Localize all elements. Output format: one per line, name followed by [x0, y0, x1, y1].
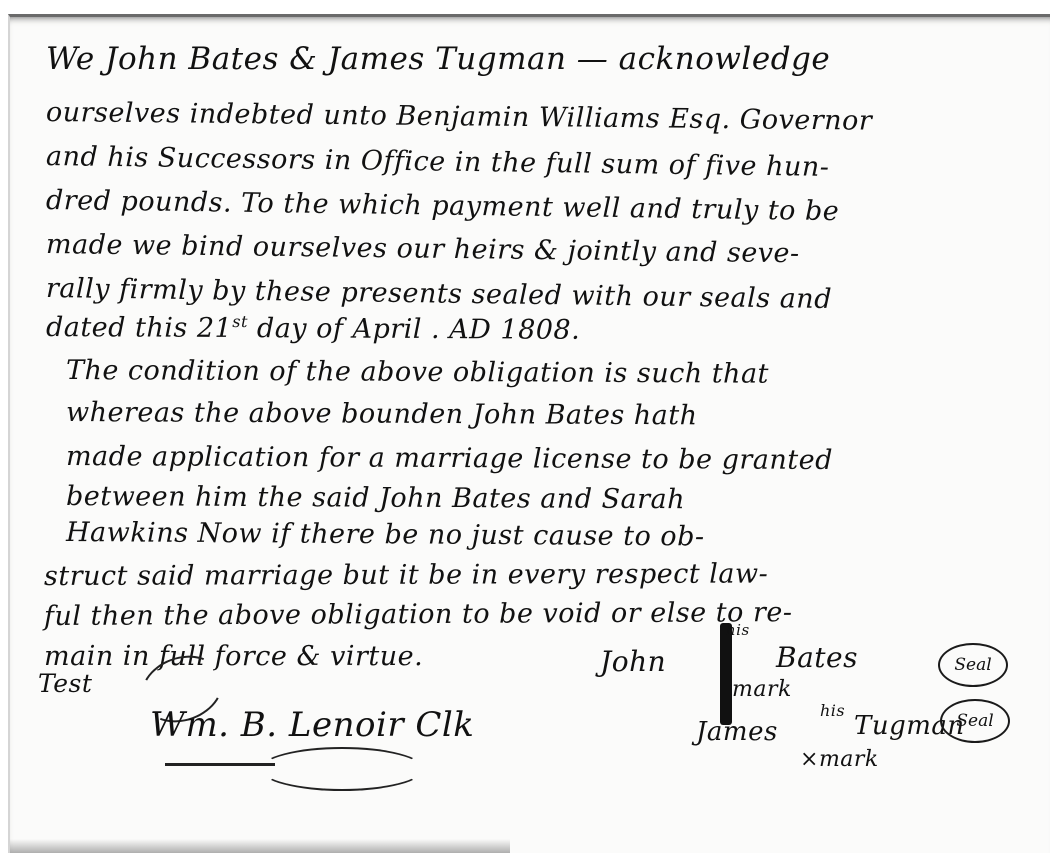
line-text: struct said marriage but it be in every …	[44, 558, 768, 592]
text-line-12: Hawkins Now if there be no just cause to…	[66, 517, 705, 552]
signer-1-first-name: John	[600, 645, 666, 678]
document-page: We John Bates & James Tugman — acknowled…	[8, 14, 1050, 853]
text-line-11: between him the said John Bates and Sara…	[66, 481, 685, 515]
witness-label: Test	[38, 669, 92, 698]
text-line-14: ful then the above obligation to be void…	[44, 597, 793, 632]
text-line-10: made application for a marriage license …	[66, 441, 833, 476]
signer-2-first-name: James	[696, 717, 778, 747]
line-text: We John Bates & James Tugman — acknowled…	[46, 41, 830, 77]
text-line-9: whereas the above bounden John Bates hat…	[66, 397, 698, 431]
text-line-13: struct said marriage but it be in every …	[44, 558, 768, 592]
signer-1-mark-label: mark	[732, 677, 792, 702]
line-text: and his Successors in Office in the full…	[46, 141, 830, 183]
text-line-5: made we bind ourselves our heirs & joint…	[46, 229, 800, 269]
line-text: The condition of the above obligation is…	[66, 355, 769, 390]
signer-2-mark: ×mark	[800, 747, 879, 772]
signer-1-his: his	[726, 621, 750, 639]
line-text: between him the said John Bates and Sara…	[66, 481, 685, 515]
text-line-4: dred pounds. To the which payment well a…	[46, 185, 840, 227]
seal-2: Seal	[940, 699, 1010, 743]
text-line-7-date: dated this 21st day of April . AD 1808.	[46, 311, 580, 346]
date-text: dated this 21	[46, 312, 232, 344]
line-text: whereas the above bounden John Bates hat…	[66, 397, 698, 431]
signature-flourish	[260, 747, 424, 791]
line-text: ourselves indebted unto Benjamin William…	[46, 97, 873, 137]
line-text: main in full force & virtue.	[44, 641, 423, 672]
line-text: ful then the above obligation to be void…	[44, 597, 793, 632]
signer-2-his: his	[820, 701, 845, 720]
text-line-1: We John Bates & James Tugman — acknowled…	[46, 41, 830, 77]
date-text-after: day of April . AD 1808.	[248, 313, 581, 346]
text-line-3: and his Successors in Office in the full…	[46, 141, 830, 183]
line-text: dred pounds. To the which payment well a…	[46, 185, 840, 227]
text-line-8: The condition of the above obligation is…	[66, 355, 769, 390]
text-line-2: ourselves indebted unto Benjamin William…	[46, 97, 873, 137]
signer-1-last-name: Bates	[776, 641, 858, 674]
line-text: rally firmly by these presents sealed wi…	[46, 273, 832, 315]
witness-signature: Wm. B. Lenoir Clk	[150, 705, 474, 745]
line-text: made we bind ourselves our heirs & joint…	[46, 229, 800, 269]
day-suffix: st	[232, 312, 248, 331]
signature-underline	[165, 763, 275, 766]
seal-1: Seal	[938, 643, 1008, 687]
text-line-15: main in full force & virtue.	[44, 641, 423, 672]
text-line-6: rally firmly by these presents sealed wi…	[46, 273, 832, 315]
x-mark-icon: ×	[800, 747, 819, 772]
line-text: made application for a marriage license …	[66, 441, 833, 476]
line-text: Hawkins Now if there be no just cause to…	[66, 517, 705, 552]
